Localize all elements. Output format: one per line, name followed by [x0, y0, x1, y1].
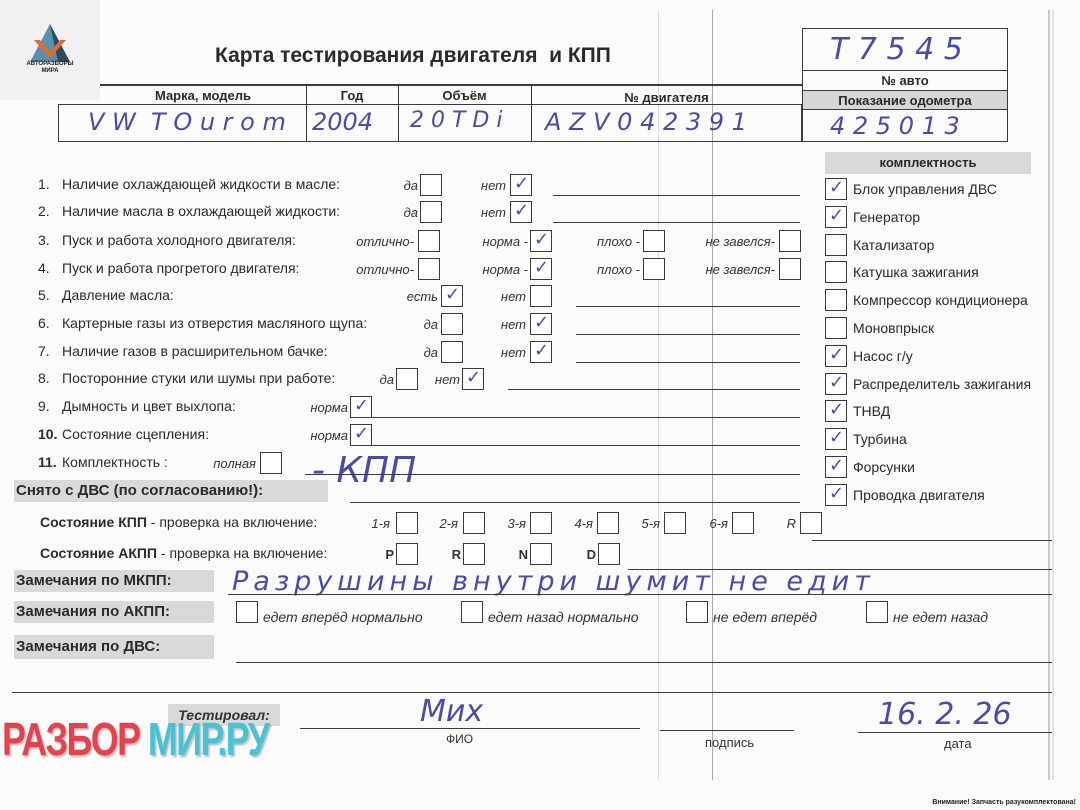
remark-option-label: не едет вперёд [713, 609, 817, 625]
option-label: не завелся- [705, 262, 775, 277]
completeness-checkbox[interactable] [825, 234, 847, 256]
gear-label: 3-я [507, 516, 526, 531]
completeness-checkbox[interactable]: ✓ [825, 178, 847, 200]
gear-label: 1-я [371, 516, 390, 531]
option-checkbox[interactable] [779, 230, 801, 252]
completeness-label: Распределитель зажигания [853, 376, 1031, 392]
manual-gear-line [812, 540, 1052, 541]
removed-line [350, 502, 800, 503]
checklist-label: Посторонние стуки или шумы при работе: [62, 370, 335, 386]
completeness-label: Форсунки [853, 459, 915, 475]
checklist-label: Наличие масла в охлаждающей жидкости: [62, 203, 340, 219]
check-mark-icon: ✓ [534, 229, 549, 251]
option-checkbox[interactable] [643, 230, 665, 252]
gear-checkbox[interactable] [598, 543, 620, 565]
completeness-label: Турбина [853, 431, 907, 447]
option-label: есть [407, 289, 438, 304]
check-mark-icon: ✓ [534, 312, 549, 334]
note-line [305, 474, 800, 475]
check-mark-icon: ✓ [514, 200, 529, 222]
watermark-part-1: РАЗБОР [2, 713, 139, 765]
auto-number-label: № авто [802, 73, 1008, 88]
completeness-label: Компрессор кондиционера [853, 292, 1028, 308]
option-label: плохо - [597, 262, 640, 277]
gear-checkbox[interactable] [530, 512, 552, 534]
answer-line [553, 195, 800, 196]
check-mark-icon: ✓ [354, 423, 369, 445]
logo-text-1: АВТОРАЗБОРЫ [0, 61, 100, 67]
completeness-checkbox[interactable] [825, 289, 847, 311]
option-checkbox[interactable] [420, 201, 442, 223]
checklist-number: 3. [38, 232, 50, 248]
checklist-label: Давление масла: [62, 287, 174, 303]
option-checkbox[interactable]: ✓ [441, 285, 463, 307]
completeness-label: ТНВД [853, 403, 890, 419]
completeness-checkbox[interactable] [825, 317, 847, 339]
option-checkbox[interactable] [418, 230, 440, 252]
check-mark-icon: ✓ [445, 284, 460, 306]
logo-mountain-icon [0, 18, 100, 88]
check-mark-icon: ✓ [829, 372, 844, 394]
remark-option-label: едет вперёд нормально [263, 609, 423, 625]
option-label: нет [501, 345, 526, 360]
gear-label: P [385, 547, 394, 562]
checklist-number: 2. [38, 203, 50, 219]
remark-checkbox[interactable] [236, 601, 258, 623]
logo-text-2: МИРА [0, 68, 100, 74]
option-label: нет [435, 372, 460, 387]
checklist-number: 11. [38, 454, 57, 470]
check-mark-icon: ✓ [466, 367, 481, 389]
tester-name[interactable]: Мих [420, 694, 483, 729]
engine-no-value[interactable]: A Z V 0 4 2 3 9 1 [545, 108, 747, 136]
gear-label: N [519, 547, 528, 562]
option-checkbox[interactable]: ✓ [350, 424, 372, 446]
remark-checkbox[interactable] [866, 601, 888, 623]
check-mark-icon: ✓ [534, 257, 549, 279]
auto-gearbox-label-bold: Состояние АКПП [40, 545, 157, 561]
gear-checkbox[interactable] [530, 543, 552, 565]
check-mark-icon: ✓ [829, 427, 844, 449]
date-caption: дата [944, 736, 972, 751]
completeness-checkbox[interactable]: ✓ [825, 345, 847, 367]
manual-gearbox-label: Состояние КПП - проверка на включение: [40, 514, 317, 530]
answer-line [372, 417, 800, 418]
model-value[interactable]: V W T O u r o m [88, 108, 286, 136]
completeness-checkbox[interactable] [825, 261, 847, 283]
option-label: да [380, 372, 394, 387]
gear-checkbox[interactable] [664, 512, 686, 534]
option-checkbox[interactable] [441, 341, 463, 363]
page-title: Карта тестирования двигателя и КПП [215, 44, 611, 68]
completeness-checkbox[interactable]: ✓ [825, 428, 847, 450]
volume-value[interactable]: 2 0 T D i [410, 108, 502, 133]
check-mark-icon: ✓ [534, 340, 549, 362]
answer-line [508, 389, 800, 390]
watermark-part-2: МИР.РУ [148, 713, 269, 765]
footer-note: Внимание! Запчасть разукомплектована! [932, 799, 1076, 806]
remarks-engine-label: Замечания по ДВС: [14, 635, 214, 659]
answer-line [553, 222, 800, 223]
check-mark-icon: ✓ [829, 205, 844, 227]
checklist-number: 4. [38, 260, 50, 276]
remark-option-label: не едет назад [893, 609, 988, 625]
option-checkbox[interactable]: ✓ [510, 174, 532, 196]
gear-label: 5-я [641, 516, 660, 531]
option-checkbox[interactable] [779, 258, 801, 280]
checklist-number: 9. [38, 398, 50, 414]
option-checkbox[interactable]: ✓ [530, 341, 552, 363]
completeness-label: Проводка двигателя [853, 487, 985, 503]
gear-checkbox[interactable] [396, 512, 418, 534]
gear-label: 6-я [709, 516, 728, 531]
manual-gearbox-label-bold: Состояние КПП [40, 514, 147, 530]
header-col-engine-no: № двигателя [531, 90, 802, 105]
remarks-manual-label: Замечания по МКПП: [14, 570, 214, 592]
gear-label: 2-я [439, 516, 458, 531]
gear-label: D [587, 547, 596, 562]
option-label: нет [481, 205, 506, 220]
option-label: да [404, 205, 418, 220]
option-label: да [404, 178, 418, 193]
option-label: отлично- [356, 262, 414, 277]
option-checkbox[interactable] [530, 285, 552, 307]
completeness-label: Блок управления ДВС [853, 181, 997, 197]
gear-label: R [452, 547, 461, 562]
completeness-label: Катушка зажигания [853, 264, 979, 280]
gear-label: 4-я [574, 516, 593, 531]
gear-checkbox[interactable] [732, 512, 754, 534]
option-checkbox[interactable]: ✓ [530, 313, 552, 335]
option-label: полная [213, 456, 256, 471]
separator-line [12, 692, 1052, 693]
check-mark-icon: ✓ [829, 177, 844, 199]
answer-line [576, 362, 800, 363]
completeness-label: Генератор [853, 209, 920, 225]
checklist-label: Пуск и работа холодного двигателя: [62, 232, 296, 248]
check-mark-icon: ✓ [514, 173, 529, 195]
check-mark-icon: ✓ [829, 344, 844, 366]
scan-edge [1048, 10, 1050, 780]
option-label: норма - [482, 262, 528, 277]
checklist-number: 10. [38, 426, 57, 442]
scan-edge-2 [1052, 10, 1054, 780]
header-col-volume: Объём [398, 88, 531, 103]
option-checkbox[interactable]: ✓ [530, 258, 552, 280]
option-label: да [424, 317, 438, 332]
option-checkbox[interactable]: ✓ [462, 368, 484, 390]
option-checkbox[interactable]: ✓ [530, 230, 552, 252]
date-line [858, 732, 1052, 733]
gear-label: R [787, 516, 796, 531]
option-checkbox[interactable]: ✓ [350, 396, 372, 418]
option-checkbox[interactable] [420, 174, 442, 196]
name-caption: ФИО [446, 732, 473, 746]
option-label: нет [501, 317, 526, 332]
checklist-number: 1. [38, 176, 50, 192]
completeness-checkbox[interactable]: ✓ [825, 373, 847, 395]
option-label: нет [501, 289, 526, 304]
checklist-label: Дымность и цвет выхлопа: [62, 398, 236, 414]
option-checkbox[interactable] [260, 452, 282, 474]
year-value[interactable]: 2004 [312, 108, 373, 136]
removed-label: Снято с ДВС (по согласованию!): [14, 480, 328, 502]
header-col-year: Год [306, 88, 398, 103]
checklist-number: 6. [38, 315, 50, 331]
option-label: да [424, 345, 438, 360]
header-top-rule [100, 84, 802, 86]
name-line [300, 728, 640, 729]
option-label: норма [310, 400, 348, 415]
manual-gearbox-label-rest: - проверка на включение: [147, 514, 317, 530]
checklist-label: Комплектность : [62, 454, 168, 470]
auto-gearbox-label-rest: - проверка на включение: [157, 545, 327, 561]
answer-line [576, 306, 800, 307]
answer-line [372, 445, 800, 446]
remark-checkbox[interactable] [461, 601, 483, 623]
signature-line [660, 730, 794, 731]
gear-checkbox[interactable] [463, 512, 485, 534]
remarks-engine-line [236, 662, 1052, 663]
remarks-manual-value[interactable]: Разрушины внутри шумит не едит [232, 566, 875, 597]
gear-checkbox[interactable] [800, 512, 822, 534]
option-label: отлично- [356, 234, 414, 249]
option-label: норма [310, 428, 348, 443]
answer-line [576, 334, 800, 335]
auto-box-rule [802, 109, 1008, 110]
auto-gearbox-label: Состояние АКПП - проверка на включение: [40, 545, 327, 561]
completeness-checkbox[interactable]: ✓ [825, 206, 847, 228]
header-col-model: Марка, модель [100, 88, 306, 103]
completeness-label: Катализатор [853, 237, 934, 253]
option-checkbox[interactable] [418, 258, 440, 280]
completeness-checkbox[interactable]: ✓ [825, 484, 847, 506]
option-checkbox[interactable] [441, 313, 463, 335]
checklist-label: Состояние сцепления: [62, 426, 209, 442]
check-mark-icon: ✓ [829, 483, 844, 505]
remarks-manual-line [228, 594, 1052, 595]
auto-box-rule [802, 70, 1008, 71]
signature-caption: подпись [705, 735, 754, 750]
odometer-value[interactable]: 4 2 5 0 1 3 [830, 112, 960, 140]
option-label: нет [481, 178, 506, 193]
option-checkbox[interactable] [643, 258, 665, 280]
remarks-auto-label: Замечания по АКПП: [14, 601, 214, 623]
option-checkbox[interactable] [396, 368, 418, 390]
check-mark-icon: ✓ [829, 399, 844, 421]
check-mark-icon: ✓ [829, 455, 844, 477]
completeness-label: Насос г/у [853, 348, 913, 364]
option-label: плохо - [597, 234, 640, 249]
auto-number-value[interactable]: T 7 5 4 5 [830, 32, 963, 67]
completeness-checkbox[interactable]: ✓ [825, 456, 847, 478]
completeness-label: Моновпрыск [853, 320, 934, 336]
checklist-label: Пуск и работа прогретого двигателя: [62, 260, 299, 276]
gear-checkbox[interactable] [463, 543, 485, 565]
gear-checkbox[interactable] [597, 512, 619, 534]
checklist-label: Наличие газов в расширительном бачке: [62, 343, 328, 359]
remark-checkbox[interactable] [686, 601, 708, 623]
option-checkbox[interactable]: ✓ [510, 201, 532, 223]
logo: АВТОРАЗБОРЫ МИРА [0, 0, 100, 100]
completeness-title: комплектность [825, 152, 1031, 174]
option-label: норма - [482, 234, 528, 249]
checklist-label: Наличие охлаждающей жидкости в масле: [62, 176, 340, 192]
checklist-label: Картерные газы из отверстия масляного щу… [62, 315, 367, 331]
remark-option-label: едет назад нормально [488, 609, 639, 625]
date-value[interactable]: 16. 2. 26 [878, 697, 1012, 732]
checklist-number: 8. [38, 370, 50, 386]
checklist-number: 7. [38, 343, 50, 359]
odometer-label: Показание одометра [802, 93, 1008, 108]
completeness-checkbox[interactable]: ✓ [825, 400, 847, 422]
watermark: РАЗБОР МИР.РУ [2, 712, 268, 766]
option-label: не завелся- [705, 234, 775, 249]
checklist-number: 5. [38, 287, 50, 303]
gear-checkbox[interactable] [396, 543, 418, 565]
check-mark-icon: ✓ [354, 395, 369, 417]
